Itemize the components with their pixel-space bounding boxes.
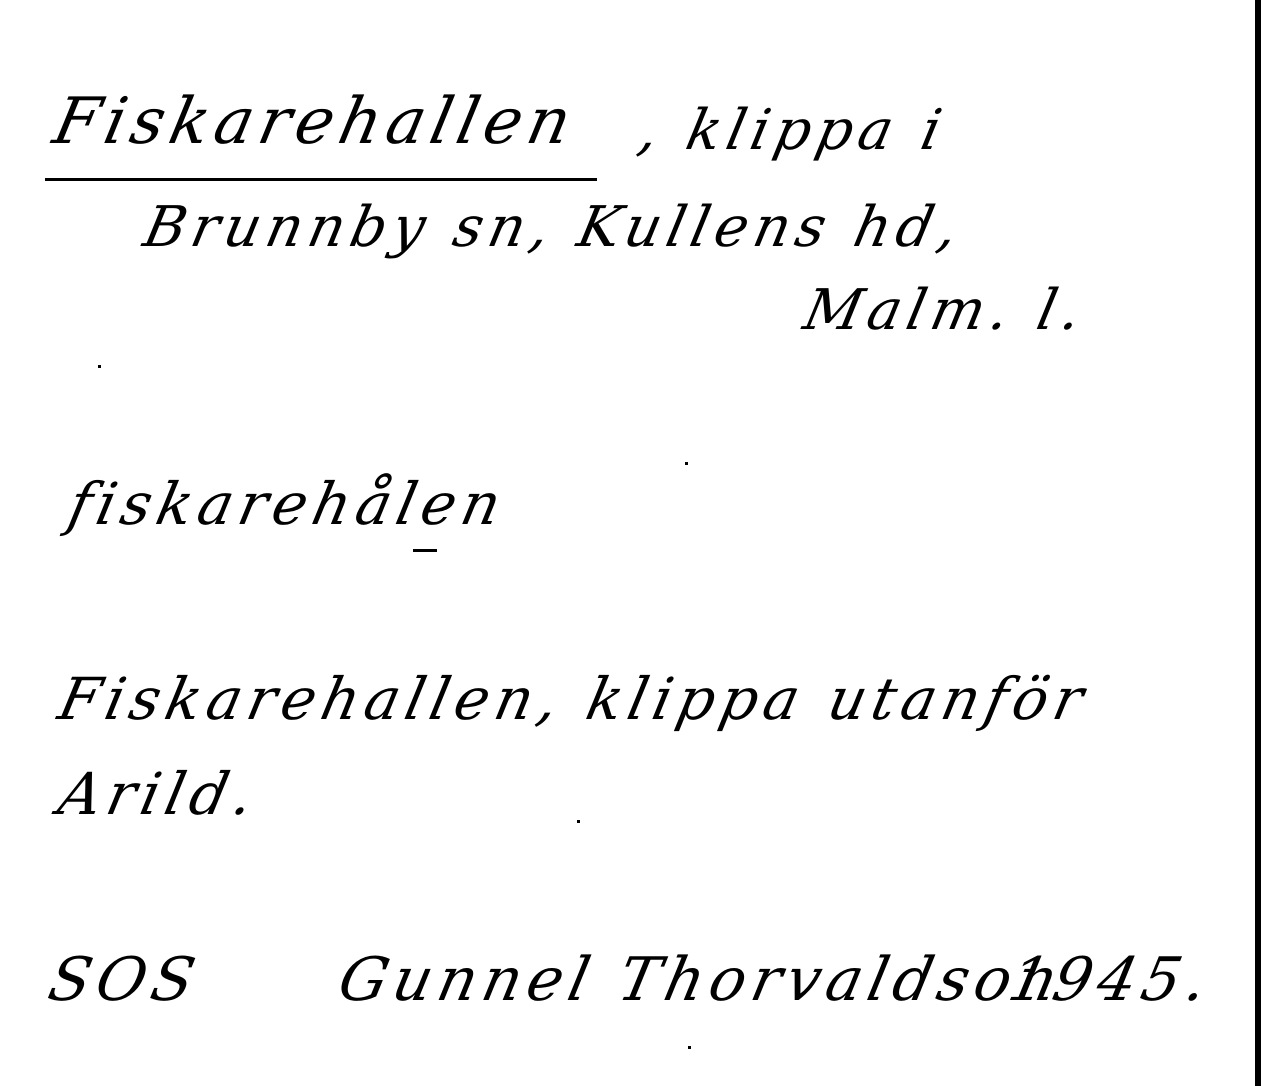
ink-speck	[688, 1046, 691, 1049]
collector-name: Gunnel Thorvaldson	[333, 945, 1070, 1015]
location-line: Brunnby sn, Kullens hd,	[138, 195, 970, 260]
place-name-heading: Fiskarehallen	[47, 85, 583, 159]
ink-speck	[685, 462, 688, 465]
stress-mark-underline	[413, 549, 437, 552]
heading-underline	[45, 178, 597, 181]
ink-speck	[98, 365, 101, 368]
source-code: SOS	[43, 945, 207, 1015]
collection-year: 1945.	[1003, 945, 1220, 1015]
pronunciation-form: fiskarehålen	[63, 470, 513, 538]
note-line-1: Fiskarehallen, klippa utanför	[53, 665, 1096, 733]
county-line: Malm. l.	[798, 278, 1093, 343]
note-line-2: Arild.	[53, 760, 266, 828]
card-edge	[1255, 0, 1261, 1086]
archive-card: Fiskarehallen , klippa i Brunnby sn, Kul…	[0, 0, 1275, 1086]
heading-description: , klippa i	[633, 98, 953, 163]
ink-speck	[577, 820, 580, 823]
